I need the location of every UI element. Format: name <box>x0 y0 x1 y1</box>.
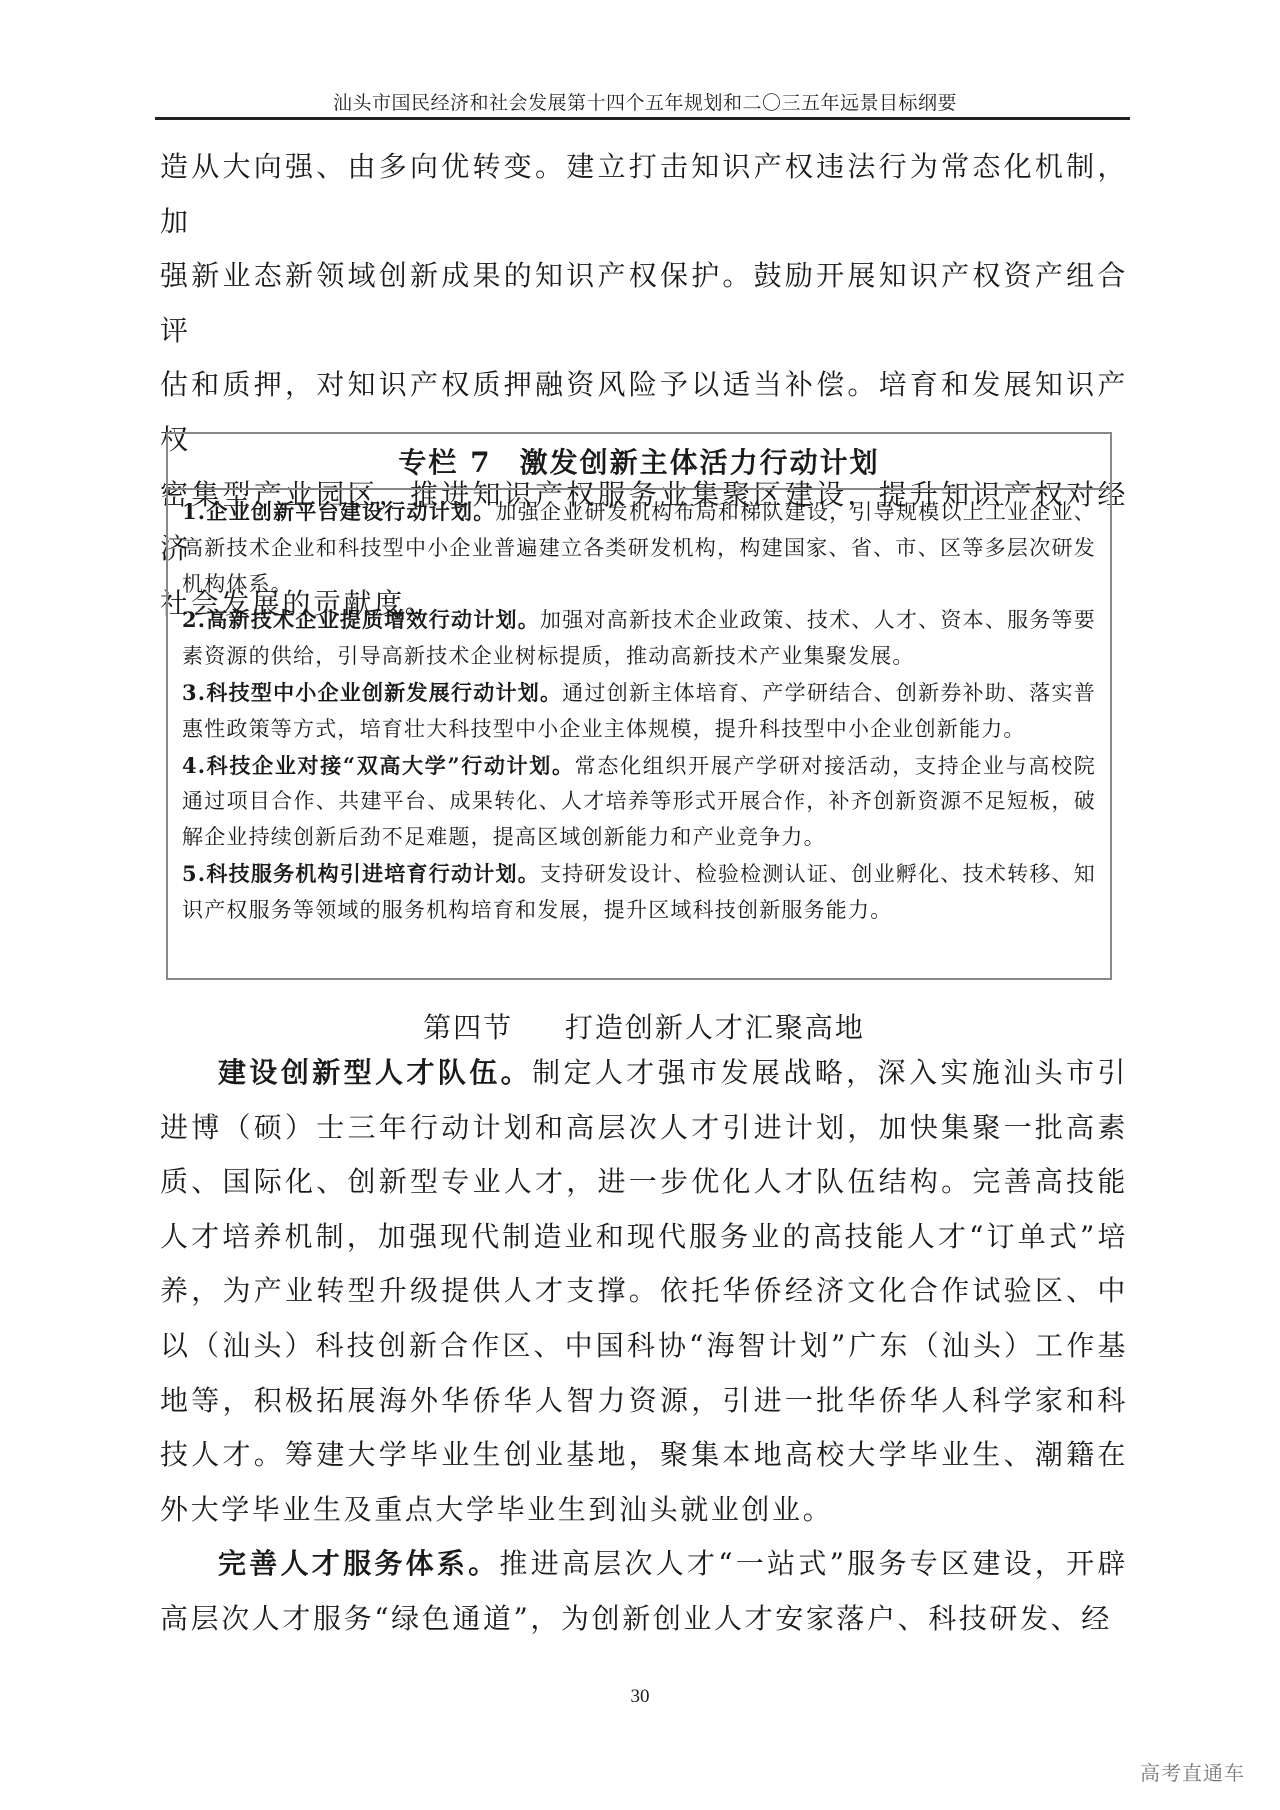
paragraph-talent-service: 完善人才服务体系。推进高层次人才“一站式”服务专区建设，开辟高层次人才服务“绿色… <box>160 1537 1128 1646</box>
box-item-heading: 2.高新技术企业提质增效行动计划。 <box>182 607 540 632</box>
page-header-title: 汕头市国民经济和社会发展第十四个五年规划和二〇三五年远景目标纲要 <box>160 88 1130 115</box>
header-rule <box>155 117 1130 120</box>
special-column-box: 专栏 7 激发创新主体活力行动计划 1.企业创新平台建设行动计划。加强企业研发机… <box>166 432 1112 980</box>
intro-line: 造从大向强、由多向优转变。建立打击知识产权违法行为常态化机制，加 <box>160 140 1128 249</box>
box-item-heading: 4.科技企业对接“双高大学”行动计划。 <box>182 753 575 778</box>
intro-line: 强新业态新领域创新成果的知识产权保护。鼓励开展知识产权资产组合评 <box>160 249 1128 358</box>
box-item-heading: 1.企业创新平台建设行动计划。 <box>182 499 496 524</box>
box-item: 1.企业创新平台建设行动计划。加强企业研发机构布局和梯队建设，引导规模以上工业企… <box>182 494 1096 602</box>
paragraph-text: 制定人才强市发展战略，深入实施汕头市引进博（硕）士三年行动计划和高层次人才引进计… <box>160 1056 1128 1526</box>
talent-paragraphs: 建设创新型人才队伍。制定人才强市发展战略，深入实施汕头市引进博（硕）士三年行动计… <box>160 1046 1128 1647</box>
box-item-heading: 3.科技型中小企业创新发展行动计划。 <box>182 680 562 705</box>
watermark: 高考直通车 <box>1140 1757 1245 1786</box>
box-item-heading: 5.科技服务机构引进培育行动计划。 <box>182 861 540 886</box>
paragraph-lead: 建设创新型人才队伍。 <box>218 1056 532 1089</box>
box-label: 专栏 7 <box>398 441 491 481</box>
section-heading: 第四节 打造创新人才汇聚高地 <box>160 1006 1128 1046</box>
box-item: 2.高新技术企业提质增效行动计划。加强对高新技术企业政策、技术、人才、资本、服务… <box>182 602 1096 675</box>
box-body: 1.企业创新平台建设行动计划。加强企业研发机构布局和梯队建设，引导规模以上工业企… <box>168 490 1110 929</box>
box-item: 5.科技服务机构引进培育行动计划。支持研发设计、检验检测认证、创业孵化、技术转移… <box>182 856 1096 929</box>
page-number: 30 <box>620 1686 660 1708</box>
paragraph-lead: 完善人才服务体系。 <box>218 1547 499 1580</box>
box-title: 专栏 7 激发创新主体活力行动计划 <box>168 434 1110 490</box>
box-item: 3.科技型中小企业创新发展行动计划。通过创新主体培育、产学研结合、创新券补助、落… <box>182 675 1096 748</box>
box-item: 4.科技企业对接“双高大学”行动计划。常态化组织开展产学研对接活动，支持企业与高… <box>182 748 1096 856</box>
section-number: 第四节 <box>423 1011 513 1044</box>
paragraph-talent-team: 建设创新型人才队伍。制定人才强市发展战略，深入实施汕头市引进博（硕）士三年行动计… <box>160 1046 1128 1537</box>
box-title-text: 激发创新主体活力行动计划 <box>520 441 880 481</box>
section-title: 打造创新人才汇聚高地 <box>565 1011 865 1044</box>
